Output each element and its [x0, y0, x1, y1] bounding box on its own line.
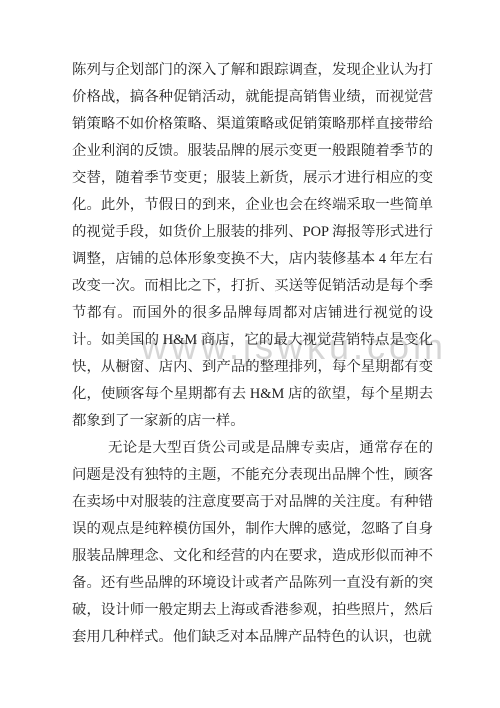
- document-text-block: 陈列与企划部门的深入了解和跟踪调查，发现企业认为打价格战，搞各种促销活动，就能提…: [72, 57, 433, 651]
- paragraph: 陈列与企划部门的深入了解和跟踪调查，发现企业认为打价格战，搞各种促销活动，就能提…: [72, 57, 433, 435]
- document-page: www.jswku.com 陈列与企划部门的深入了解和跟踪调查，发现企业认为打价…: [0, 0, 500, 708]
- paragraph: 无论是大型百货公司或是品牌专卖店，通常存在的问题是没有独特的主题，不能充分表现出…: [72, 435, 433, 651]
